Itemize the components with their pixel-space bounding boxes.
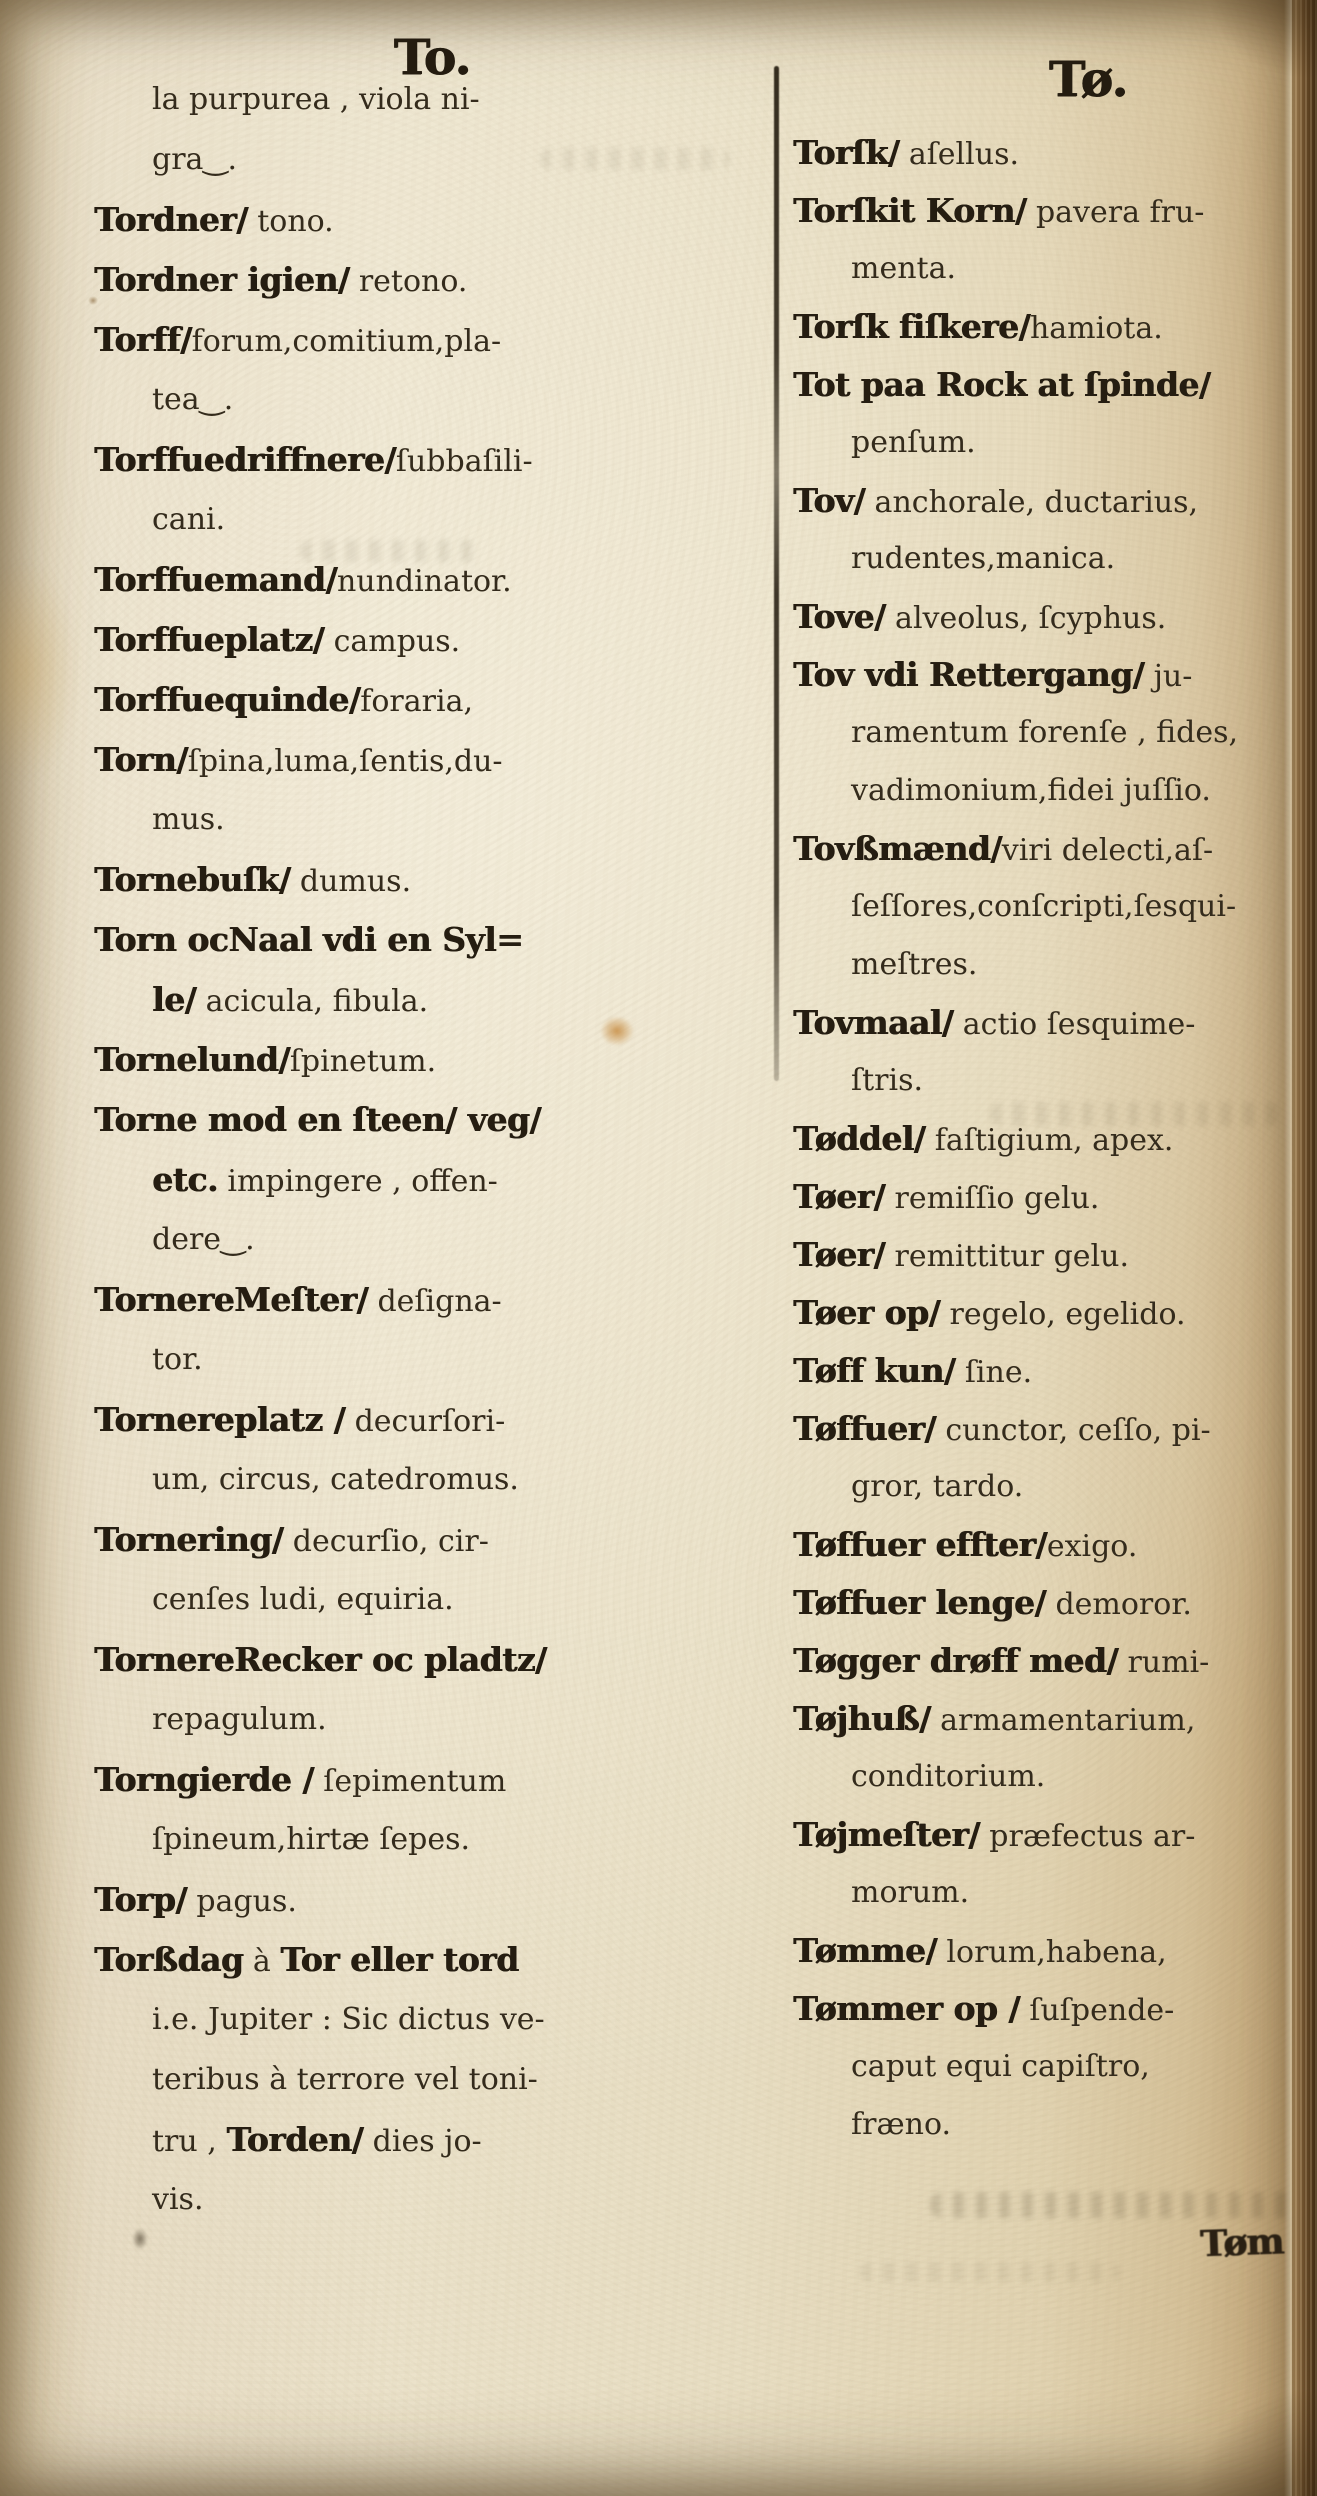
entry-line: Tømme/ lorum,habena, [793, 1922, 1317, 1980]
definition-text: decurſori- [345, 1404, 505, 1439]
definition-text: præfectus ar- [980, 1819, 1196, 1854]
definition-text: nundinator. [337, 564, 512, 599]
column-divider-rule [774, 66, 779, 1081]
definition-text: ju- [1144, 659, 1192, 694]
headword-text: Torſkit Korn/ [793, 191, 1026, 230]
entry-line: Torngierde / ſepimentum [94, 1750, 766, 1810]
headword-text: TornereRecker oc pladtz/ [94, 1640, 546, 1679]
entry-continuation-line: le/ acicula, fibula. [94, 970, 766, 1030]
definition-text: penſum. [851, 425, 976, 460]
entry-line: Tøff kun/ ſine. [793, 1342, 1317, 1400]
definition-text: ramentum forenſe , fides, [851, 715, 1238, 750]
entry-continuation-line: etc. impingere , offen- [94, 1150, 766, 1210]
headword-text: Tøjhuß/ [793, 1699, 931, 1738]
headword-text: Torffuemand/ [94, 560, 337, 599]
entry-continuation-line: tea‿. [94, 370, 766, 430]
definition-text: ſine. [955, 1355, 1032, 1390]
definition-text: ſpineum,hirtæ ſepes. [152, 1822, 470, 1857]
definition-text: dere‿. [152, 1222, 255, 1257]
headword-text: Tøer/ [793, 1177, 885, 1216]
entry-continuation-line: ſtris. [793, 1052, 1317, 1110]
headword-text: Torffuedriffnere/ [94, 440, 396, 479]
headword-text: Torn ocNaal vdi en Syl= [94, 920, 523, 959]
entry-line: Tøddel/ faſtigium, apex. [793, 1110, 1317, 1168]
headword-text: Tornelund/ [94, 1040, 290, 1079]
definition-text: viri delecti,aſ- [1002, 833, 1213, 868]
definition-text: lorum,habena, [937, 1935, 1167, 1970]
headword-text: Tordner igien/ [94, 260, 349, 299]
entry-continuation-line: fræno. [793, 2096, 1317, 2154]
entry-continuation-line: tor. [94, 1330, 766, 1390]
entry-continuation-line: ramentum forenſe , fides, [793, 704, 1317, 762]
entry-continuation-line: vadimonium,fidei juſſio. [793, 762, 1317, 820]
headword-text: Torff/ [94, 320, 192, 359]
headword-text: Tor eller tord [280, 1940, 518, 1979]
entry-line: Tove/ alveolus, ſcyphus. [793, 588, 1317, 646]
entry-line: Tøffuer/ cunctor, ceſſo, pi- [793, 1400, 1317, 1458]
entry-line: Torne mod en ſteen/ veg/ [94, 1090, 766, 1150]
entry-line: Tøer op/ regelo, egelido. [793, 1284, 1317, 1342]
entry-line: Tøffuer lenge/ demoror. [793, 1574, 1317, 1632]
definition-text: conditorium. [851, 1759, 1045, 1794]
entry-line: Tornering/ decurſio, cir- [94, 1510, 766, 1570]
headword-text: TornereMeſter/ [94, 1280, 368, 1319]
headword-text: Torngierde / [94, 1760, 314, 1799]
headword-text: Tøffuer/ [793, 1409, 936, 1448]
definition-text: regelo, egelido. [940, 1297, 1186, 1332]
entry-continuation-line: i.e. Jupiter : Sic dictus ve- [94, 1990, 766, 2050]
definition-text: meſtres. [851, 947, 977, 982]
definition-text: cani. [152, 502, 225, 537]
definition-text: pavera fru- [1026, 195, 1204, 230]
headword-text: Tøgger drøff med/ [793, 1641, 1118, 1680]
headword-text: Tøffuer lenge/ [793, 1583, 1046, 1622]
definition-text: ſtris. [851, 1063, 923, 1098]
entry-continuation-line: tru , Torden/ dies jo- [94, 2110, 766, 2170]
entry-line: Torſk fiſkere/hamiota. [793, 298, 1317, 356]
definition-text: demoror. [1046, 1587, 1192, 1622]
definition-text: um, circus, catedromus. [152, 1462, 519, 1497]
right-column: Torſk/ aſellus.Torſkit Korn/ pavera fru-… [793, 124, 1317, 2154]
entry-line: Tordner igien/ retono. [94, 250, 766, 310]
running-head-right: Tø. [1008, 50, 1168, 108]
definition-text: ſeſſores,conſcripti,ſesqui- [851, 889, 1236, 924]
ink-bleedthrough [860, 2262, 1120, 2282]
entry-continuation-line: um, circus, catedromus. [94, 1450, 766, 1510]
definition-text: dumus. [290, 864, 411, 899]
definition-text: armamentarium, [931, 1703, 1196, 1738]
definition-text: acicula, fibula. [196, 984, 428, 1019]
definition-text: remiſſio gelu. [885, 1181, 1099, 1216]
definition-text: campus. [324, 624, 460, 659]
entry-line: Tov vdi Rettergang/ ju- [793, 646, 1317, 704]
entry-continuation-line: gra‿. [94, 130, 766, 190]
definition-text: ſpinetum. [290, 1044, 436, 1079]
definition-text: alveolus, ſcyphus. [886, 601, 1167, 636]
definition-text: ſpina,luma,ſentis,du- [188, 744, 503, 779]
definition-text: cunctor, ceſſo, pi- [936, 1413, 1211, 1448]
headword-text: Torden/ [226, 2120, 363, 2159]
definition-text: ſepimentum [314, 1764, 507, 1799]
definition-text: exigo. [1047, 1529, 1138, 1564]
entry-continuation-line: la purpurea , viola ni- [94, 70, 766, 130]
entry-line: Torp/ pagus. [94, 1870, 766, 1930]
definition-text: aſellus. [899, 137, 1019, 172]
definition-text: caput equi capiſtro, [851, 2049, 1150, 2084]
definition-text: tea‿. [152, 382, 233, 417]
entry-continuation-line: ſeſſores,conſcripti,ſesqui- [793, 878, 1317, 936]
entry-line: Tøffuer effter/exigo. [793, 1516, 1317, 1574]
headword-text: Tøer op/ [793, 1293, 940, 1332]
definition-text: menta. [851, 251, 956, 286]
headword-text: Tov vdi Rettergang/ [793, 655, 1144, 694]
headword-text: Tøer/ [793, 1235, 885, 1274]
paper-stain [0, 560, 80, 780]
headword-text: Tøjmeſter/ [793, 1815, 980, 1854]
entry-line: Torffuedriffnere/ſubbaſili- [94, 430, 766, 490]
headword-text: Tømmer op / [793, 1989, 1020, 2028]
entry-line: Torn ocNaal vdi en Syl= [94, 910, 766, 970]
headword-text: Tov/ [793, 481, 865, 520]
entry-line: Tovmaal/ actio ſesquime- [793, 994, 1317, 1052]
headword-text: Tornereplatz / [94, 1400, 345, 1439]
definition-text: tor. [152, 1342, 203, 1377]
headword-text: Tovßmænd/ [793, 829, 1002, 868]
entry-continuation-line: menta. [793, 240, 1317, 298]
entry-line: Torffueplatz/ campus. [94, 610, 766, 670]
definition-text: impingere , offen- [218, 1164, 498, 1199]
entry-line: Tovßmænd/viri delecti,aſ- [793, 820, 1317, 878]
definition-text: cenſes ludi, equiria. [152, 1582, 454, 1617]
definition-text: fræno. [851, 2107, 951, 2142]
headword-text: Tove/ [793, 597, 886, 636]
entry-line: TornereRecker oc pladtz/ [94, 1630, 766, 1690]
definition-text: mus. [152, 802, 225, 837]
definition-text: i.e. Jupiter : Sic dictus ve- [152, 2002, 545, 2037]
entry-continuation-line: cenſes ludi, equiria. [94, 1570, 766, 1630]
entry-line: Torſkit Korn/ pavera fru- [793, 182, 1317, 240]
definition-text: deſigna- [368, 1284, 502, 1319]
definition-text: faſtigium, apex. [925, 1123, 1173, 1158]
entry-line: Tornelund/ſpinetum. [94, 1030, 766, 1090]
entry-continuation-line: vis. [94, 2170, 766, 2230]
definition-text: vis. [152, 2182, 203, 2217]
definition-text: pagus. [187, 1884, 297, 1919]
entry-continuation-line: dere‿. [94, 1210, 766, 1270]
headword-text: Tøddel/ [793, 1119, 925, 1158]
definition-text: ſuſpende- [1020, 1993, 1174, 2028]
headword-text: Tornering/ [94, 1520, 283, 1559]
entry-line: Torffuequinde/foraria, [94, 670, 766, 730]
definition-text: gror, tardo. [851, 1469, 1023, 1504]
entry-line: Torßdag à Tor eller tord [94, 1930, 766, 1990]
entry-continuation-line: cani. [94, 490, 766, 550]
headword-text: Torffuequinde/ [94, 680, 360, 719]
entry-line: Tøjhuß/ armamentarium, [793, 1690, 1317, 1748]
entry-line: TornereMeſter/ deſigna- [94, 1270, 766, 1330]
book-page-scan: To. Tø. la purpurea , viola ni-gra‿.Tord… [0, 0, 1317, 2496]
headword-text: Tømme/ [793, 1931, 937, 1970]
entry-line: Torn/ſpina,luma,ſentis,du- [94, 730, 766, 790]
definition-text: tono. [248, 204, 334, 239]
entry-line: Tornebuſk/ dumus. [94, 850, 766, 910]
headword-text: Tøff kun/ [793, 1351, 955, 1390]
entry-continuation-line: repagulum. [94, 1690, 766, 1750]
left-column: la purpurea , viola ni-gra‿.Tordner/ ton… [94, 70, 766, 2230]
entry-line: Torff/forum,comitium,pla- [94, 310, 766, 370]
entry-continuation-line: caput equi capiſtro, [793, 2038, 1317, 2096]
entry-continuation-line: conditorium. [793, 1748, 1317, 1806]
definition-text: retono. [349, 264, 467, 299]
entry-line: Torſk/ aſellus. [793, 124, 1317, 182]
definition-text: dies jo- [363, 2124, 482, 2159]
headword-text: Tordner/ [94, 200, 248, 239]
headword-text: Tot paa Rock at ſpinde/ [793, 365, 1210, 404]
definition-text: rumi- [1118, 1645, 1209, 1680]
headword-text: Tornebuſk/ [94, 860, 290, 899]
definition-text: gra‿. [152, 142, 237, 177]
ink-bleedthrough [930, 2192, 1300, 2218]
definition-text: actio ſesquime- [953, 1007, 1195, 1042]
entry-line: Tømmer op / ſuſpende- [793, 1980, 1317, 2038]
book-spine-edge [1290, 0, 1317, 2496]
definition-text: forum,comitium,pla- [192, 324, 502, 359]
headword-text: Tovmaal/ [793, 1003, 953, 1042]
entry-continuation-line: rudentes,manica. [793, 530, 1317, 588]
entry-line: Torffuemand/nundinator. [94, 550, 766, 610]
definition-text: remittitur gelu. [885, 1239, 1129, 1274]
entry-continuation-line: gror, tardo. [793, 1458, 1317, 1516]
definition-text: à [243, 1944, 280, 1979]
entry-continuation-line: morum. [793, 1864, 1317, 1922]
entry-continuation-line: meſtres. [793, 936, 1317, 994]
entry-continuation-line: penſum. [793, 414, 1317, 472]
headword-text: Torßdag [94, 1940, 243, 1979]
definition-text: vadimonium,fidei juſſio. [851, 773, 1211, 808]
ink-smudge [132, 2228, 148, 2250]
definition-text: ſubbaſili- [396, 444, 533, 479]
entry-continuation-line: teribus à terrore vel toni- [94, 2050, 766, 2110]
headword-text: Torne mod en ſteen/ veg/ [94, 1100, 541, 1139]
entry-line: Tornereplatz / decurſori- [94, 1390, 766, 1450]
definition-text: morum. [851, 1875, 969, 1910]
definition-text: rudentes,manica. [851, 541, 1115, 576]
entry-line: Tøer/ remiſſio gelu. [793, 1168, 1317, 1226]
definition-text: tru , [152, 2124, 226, 2159]
headword-text: etc. [152, 1160, 218, 1199]
definition-text: decurſio, cir- [283, 1524, 489, 1559]
entry-line: Tøgger drøff med/ rumi- [793, 1632, 1317, 1690]
entry-line: Tøer/ remittitur gelu. [793, 1226, 1317, 1284]
entry-continuation-line: ſpineum,hirtæ ſepes. [94, 1810, 766, 1870]
definition-text: foraria, [360, 684, 473, 719]
entry-line: Tøjmeſter/ præfectus ar- [793, 1806, 1317, 1864]
entry-line: Tov/ anchorale, ductarius, [793, 472, 1317, 530]
headword-text: Torffueplatz/ [94, 620, 324, 659]
entry-line: Tordner/ tono. [94, 190, 766, 250]
definition-text: hamiota. [1030, 311, 1163, 346]
headword-text: Tøffuer effter/ [793, 1525, 1047, 1564]
definition-text: repagulum. [152, 1702, 327, 1737]
headword-text: le/ [152, 980, 196, 1019]
headword-text: Torn/ [94, 740, 188, 779]
definition-text: anchorale, ductarius, [865, 485, 1198, 520]
headword-text: Torſk fiſkere/ [793, 307, 1030, 346]
headword-text: Torp/ [94, 1880, 187, 1919]
entry-line: Tot paa Rock at ſpinde/ [793, 356, 1317, 414]
entry-continuation-line: mus. [94, 790, 766, 850]
headword-text: Torſk/ [793, 133, 899, 172]
definition-text: la purpurea , viola ni- [152, 82, 480, 117]
definition-text: teribus à terrore vel toni- [152, 2062, 538, 2097]
catchword: Tøm [1199, 2221, 1284, 2266]
